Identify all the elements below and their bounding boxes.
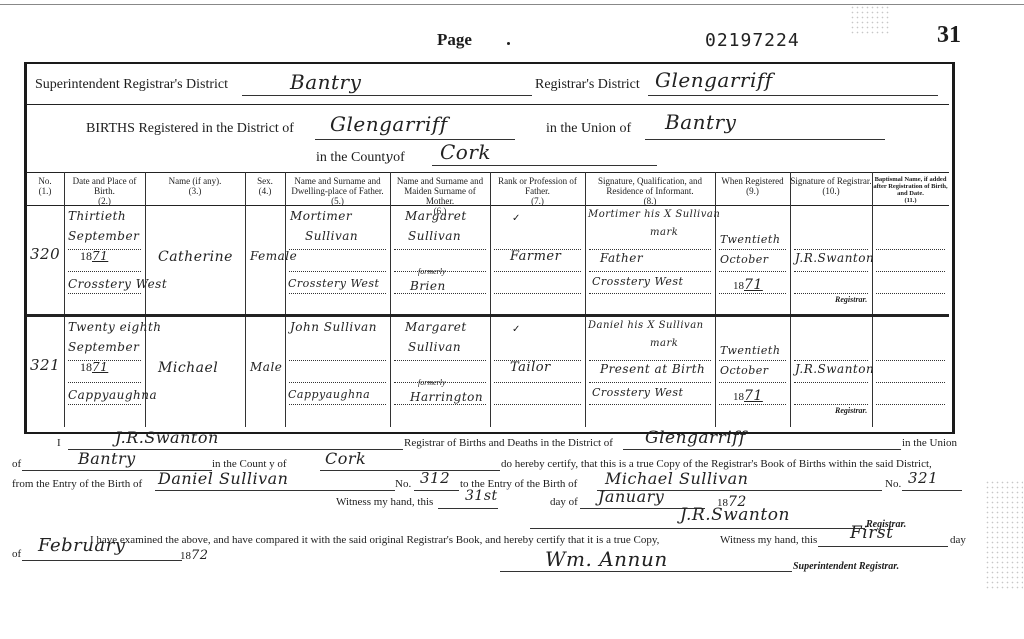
column-header-title: Name and Surname and Dwelling-place of F…	[285, 176, 390, 196]
exam-year: 1872	[180, 548, 209, 563]
registered-year-suffix: 71	[744, 277, 763, 293]
dotted-guide	[68, 271, 141, 272]
informant-name: Mortimer his X Sullivan	[588, 209, 720, 220]
registered-year: 1871	[733, 277, 763, 293]
column-divider	[585, 172, 586, 427]
column-header: Rank or Profession of Father.(7.)	[490, 176, 585, 206]
dotted-guide	[589, 360, 711, 361]
dotted-guide	[719, 404, 786, 405]
sex: Male	[250, 360, 282, 374]
page-dot	[507, 42, 510, 45]
entry-number: 320	[30, 245, 60, 263]
mother-surname: Sullivan	[408, 340, 461, 354]
child-name: Michael	[158, 360, 218, 376]
county-label-a: in the Count	[316, 150, 385, 165]
county-value: Cork	[440, 140, 491, 164]
column-header: Baptismal Name, if added after Registrat…	[872, 176, 949, 204]
cert-day-of-label: day of	[550, 496, 578, 508]
superintendent-district-value: Bantry	[290, 70, 361, 94]
divider	[26, 104, 949, 105]
exam-witness-label: Witness my hand, this	[720, 534, 817, 546]
scan-noise	[850, 5, 890, 35]
column-header: Signature, Qualification, and Residence …	[585, 176, 715, 206]
column-header: Name (if any).(3.)	[145, 176, 245, 196]
dotted-guide	[394, 360, 486, 361]
cert-witness-label: Witness my hand, this	[336, 496, 433, 508]
column-header-number: (3.)	[145, 186, 245, 196]
header-bottom-line	[26, 205, 949, 206]
dotted-guide	[719, 293, 786, 294]
dotted-guide	[794, 360, 868, 361]
underline	[500, 571, 792, 572]
registered-day: Twentieth	[720, 233, 780, 246]
page-number: 31	[937, 22, 961, 49]
dotted-guide	[68, 293, 141, 294]
birth-year: 1871	[80, 360, 108, 375]
column-header-title: Signature of Registrar.	[790, 176, 872, 186]
registrar-label: Registrar.	[835, 295, 867, 304]
informant-residence: Crosstery West	[592, 386, 683, 399]
dotted-guide	[289, 404, 386, 405]
dotted-guide	[589, 404, 711, 405]
cert-to-no-label: No.	[885, 478, 901, 490]
birth-year-suffix: 71	[92, 249, 108, 263]
underline	[530, 528, 865, 529]
dotted-guide	[68, 404, 141, 405]
underline	[414, 490, 459, 491]
union-value: Bantry	[665, 110, 736, 134]
dotted-guide	[719, 271, 786, 272]
top-edge-line	[0, 4, 1024, 5]
cert-in-union-label: in the Union	[902, 437, 957, 449]
cert-district-value: Glengarriff	[645, 428, 746, 448]
father-first-name: John Sullivan	[290, 320, 377, 334]
registrar-label: Registrar.	[835, 406, 867, 415]
row-divider	[26, 314, 949, 317]
underline	[438, 508, 498, 509]
column-header: Name and Surname and Dwelling-place of F…	[285, 176, 390, 206]
registered-year-prefix: 18	[733, 391, 744, 403]
registrar-signature: J.R.Swanton	[795, 251, 874, 265]
column-divider	[872, 172, 873, 427]
column-divider	[390, 172, 391, 427]
column-divider	[285, 172, 286, 427]
serial-number: 02197224	[705, 30, 800, 51]
cert-county-value: Cork	[325, 449, 366, 468]
tick-mark: ✓	[512, 324, 520, 335]
dotted-guide	[589, 382, 711, 383]
birth-day: Thirtieth	[68, 209, 126, 223]
underline	[22, 560, 182, 561]
mother-maiden-name: Harrington	[410, 390, 483, 404]
exam-year-suffix: 72	[191, 548, 209, 563]
column-header: Signature of Registrar.(10.)	[790, 176, 872, 196]
column-divider	[790, 172, 791, 427]
column-header-number: (1.)	[26, 186, 64, 196]
father-dwelling: Crosstery West	[288, 277, 379, 290]
tick-mark: ✓	[512, 213, 520, 224]
cert-from-entry-label: from the Entry of the Birth of	[12, 478, 142, 490]
dotted-guide	[794, 293, 868, 294]
mother-first-name: Margaret	[405, 209, 467, 223]
birth-year-suffix: 71	[92, 360, 108, 374]
registered-month: October	[720, 253, 769, 266]
exam-of-label: of	[12, 548, 21, 560]
cert-to-no-value: 321	[908, 469, 938, 487]
cert-registrar-of-label: Registrar of Births and Deaths in the Di…	[404, 437, 613, 449]
column-header-number: (11.)	[872, 197, 949, 204]
cert-of-label: of	[12, 458, 21, 470]
underline	[155, 490, 395, 491]
dotted-guide	[589, 293, 711, 294]
registered-year-suffix: 71	[744, 388, 763, 404]
dotted-guide	[794, 271, 868, 272]
formerly-label: formerly	[418, 267, 446, 276]
cert-from-no-value: 312	[420, 469, 450, 487]
dotted-guide	[876, 271, 945, 272]
registered-year: 1871	[733, 388, 763, 404]
exam-year-prefix: 18	[180, 550, 191, 562]
dotted-guide	[794, 404, 868, 405]
dotted-guide	[68, 382, 141, 383]
cert-registrar-signature: J.R.Swanton	[680, 505, 790, 525]
exam-day-label: day	[950, 534, 966, 546]
county-label-b: y	[385, 150, 393, 165]
informant-name: Daniel his X Sullivan	[588, 320, 704, 331]
birth-year-prefix: 18	[80, 360, 92, 374]
informant-mark: mark	[650, 227, 678, 238]
page-label: Page	[437, 30, 472, 50]
underline	[623, 449, 901, 450]
column-header-title: Rank or Profession of Father.	[490, 176, 585, 196]
county-label: in the Countyof	[316, 150, 405, 166]
column-header-number: (9.)	[715, 186, 790, 196]
column-divider	[64, 172, 65, 427]
mother-surname: Sullivan	[408, 229, 461, 243]
table-top-line	[26, 172, 949, 173]
birth-year: 1871	[80, 249, 108, 264]
father-surname: Sullivan	[305, 229, 358, 243]
child-name: Catherine	[158, 249, 233, 265]
registrar-district-value: Glengarriff	[655, 68, 773, 92]
birth-month: September	[68, 229, 139, 243]
dotted-guide	[589, 249, 711, 250]
registered-year-prefix: 18	[733, 280, 744, 292]
births-label: BIRTHS Registered in the District of	[86, 121, 294, 137]
dotted-guide	[876, 382, 945, 383]
dotted-guide	[394, 249, 486, 250]
column-divider	[245, 172, 246, 427]
column-header-title: Sex.	[245, 176, 285, 186]
column-header-title: Signature, Qualification, and Residence …	[585, 176, 715, 196]
dotted-guide	[394, 404, 486, 405]
birth-day: Twenty eighth	[68, 320, 162, 334]
father-rank: Tailor	[510, 360, 551, 375]
column-header-title: No.	[26, 176, 64, 186]
cert-from-entry-value: Daniel Sullivan	[158, 469, 288, 488]
dotted-guide	[494, 382, 581, 383]
dotted-guide	[289, 249, 386, 250]
county-label-c: of	[393, 150, 405, 165]
scan-noise	[985, 480, 1023, 590]
father-rank: Farmer	[510, 249, 561, 264]
superintendent-district-label: Superintendent Registrar's District	[35, 77, 228, 93]
dotted-guide	[394, 293, 486, 294]
dotted-guide	[289, 382, 386, 383]
exam-superintendent-title: Superintendent Registrar.	[793, 561, 899, 572]
place-of-birth: Crosstery West	[68, 277, 167, 291]
birth-year-prefix: 18	[80, 249, 92, 263]
exam-superintendent-signature: Wm. Annun	[545, 547, 668, 571]
formerly-label: formerly	[418, 378, 446, 387]
dotted-guide	[794, 249, 868, 250]
dotted-guide	[494, 271, 581, 272]
births-district-value: Glengarriff	[330, 112, 448, 136]
column-divider	[490, 172, 491, 427]
underline	[432, 165, 657, 166]
dotted-guide	[289, 360, 386, 361]
cert-i-label: I	[57, 437, 61, 449]
dotted-guide	[876, 293, 945, 294]
mother-first-name: Margaret	[405, 320, 467, 334]
informant-qualification: Present at Birth	[600, 362, 705, 376]
cert-no-label: No.	[395, 478, 411, 490]
father-first-name: Mortimer	[290, 209, 352, 223]
place-of-birth: Cappyaughna	[68, 388, 157, 402]
dotted-guide	[794, 382, 868, 383]
dotted-guide	[289, 293, 386, 294]
column-header: No.(1.)	[26, 176, 64, 196]
dotted-guide	[289, 271, 386, 272]
informant-residence: Crosstery West	[592, 275, 683, 288]
column-header-title: Name and Surname and Maiden Surname of M…	[390, 176, 490, 206]
dotted-guide	[494, 404, 581, 405]
underline	[648, 95, 938, 96]
cert-registrar-name: J.R.Swanton	[115, 428, 219, 447]
dotted-guide	[876, 404, 945, 405]
underline	[645, 139, 885, 140]
dotted-guide	[876, 360, 945, 361]
dotted-guide	[589, 271, 711, 272]
sex: Female	[250, 249, 297, 263]
cert-witness-day: 31st	[465, 488, 498, 504]
exam-text: I have examined the above, and have comp…	[90, 534, 659, 546]
dotted-guide	[494, 293, 581, 294]
father-dwelling: Cappyaughna	[288, 388, 370, 401]
registrar-district-label: Registrar's District	[535, 77, 640, 93]
column-header: When Registered(9.)	[715, 176, 790, 196]
registrar-signature: J.R.Swanton	[795, 362, 874, 376]
informant-qualification: Father	[600, 251, 643, 265]
column-header-title: Date and Place of Birth.	[64, 176, 145, 196]
union-label: in the Union of	[546, 121, 631, 137]
exam-witness-day: First	[850, 523, 893, 543]
column-header-title: When Registered	[715, 176, 790, 186]
cert-union-value: Bantry	[78, 449, 136, 468]
column-header: Sex.(4.)	[245, 176, 285, 196]
registered-day: Twentieth	[720, 344, 780, 357]
mother-maiden-name: Brien	[410, 279, 446, 293]
cert-to-entry-value: Michael Sullivan	[605, 469, 748, 488]
dotted-guide	[876, 249, 945, 250]
underline	[242, 95, 532, 96]
column-header-number: (4.)	[245, 186, 285, 196]
registered-month: October	[720, 364, 769, 377]
informant-mark: mark	[650, 338, 678, 349]
birth-month: September	[68, 340, 139, 354]
column-header-number: (10.)	[790, 186, 872, 196]
entry-number: 321	[30, 356, 60, 374]
underline	[902, 490, 962, 491]
column-header-title: Baptismal Name, if added after Registrat…	[872, 176, 949, 197]
dotted-guide	[719, 249, 786, 250]
underline	[320, 470, 500, 471]
exam-month-value: February	[38, 535, 125, 556]
column-header: Date and Place of Birth.(2.)	[64, 176, 145, 206]
column-header-title: Name (if any).	[145, 176, 245, 186]
cert-witness-month: January	[598, 487, 664, 506]
dotted-guide	[719, 382, 786, 383]
underline	[818, 546, 948, 547]
dotted-guide	[719, 360, 786, 361]
